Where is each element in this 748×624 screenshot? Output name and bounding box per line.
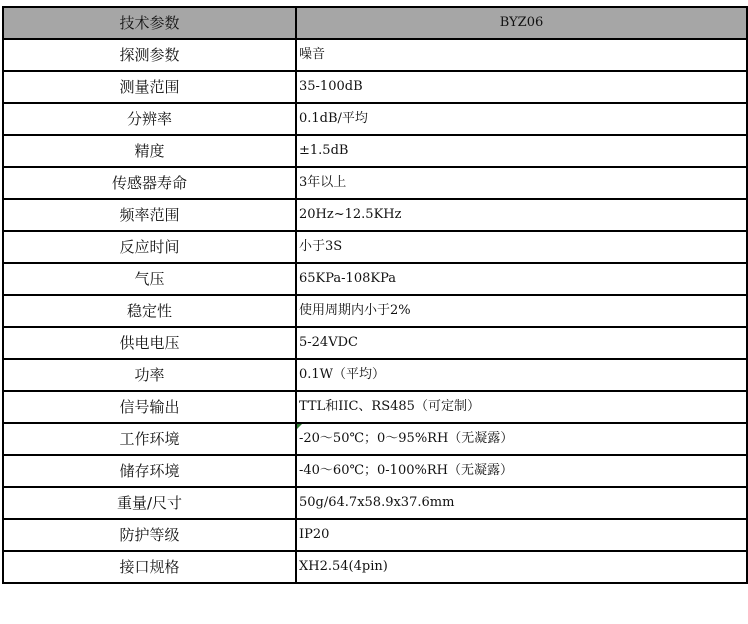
row-value: IP20: [296, 519, 747, 551]
table-row: 气压 65KPa-108KPa: [3, 263, 747, 295]
row-value: 65KPa-108KPa: [296, 263, 747, 295]
table-row: 重量/尺寸 50g/64.7x58.9x37.6mm: [3, 487, 747, 519]
comment-marker-icon: [297, 424, 302, 429]
table-row: 精度 ±1.5dB: [3, 135, 747, 167]
row-value: TTL和IIC、RS485（可定制）: [296, 391, 747, 423]
row-value: 0.1dB/平均: [296, 103, 747, 135]
row-label: 稳定性: [3, 295, 296, 327]
table-row: 信号输出 TTL和IIC、RS485（可定制）: [3, 391, 747, 423]
row-label: 信号输出: [3, 391, 296, 423]
row-value: -20～50℃；0～95%RH（无凝露）: [296, 423, 747, 455]
row-label: 反应时间: [3, 231, 296, 263]
row-label: 精度: [3, 135, 296, 167]
row-label: 防护等级: [3, 519, 296, 551]
header-model: BYZ06: [296, 7, 747, 39]
row-label: 供电电压: [3, 327, 296, 359]
row-value-text: -20～50℃；0～95%RH（无凝露）: [299, 431, 513, 446]
row-value: 5-24VDC: [296, 327, 747, 359]
row-label: 储存环境: [3, 455, 296, 487]
table-row: 探测参数 噪音: [3, 39, 747, 71]
row-value: 20Hz~12.5KHz: [296, 199, 747, 231]
table-row: 储存环境 -40～60℃；0-100%RH（无凝露）: [3, 455, 747, 487]
row-label: 接口规格: [3, 551, 296, 583]
header-param-label: 技术参数: [3, 7, 296, 39]
table-row: 接口规格 XH2.54(4pin): [3, 551, 747, 583]
row-label: 分辨率: [3, 103, 296, 135]
spec-table: 技术参数 BYZ06 探测参数 噪音 测量范围 35-100dB 分辨率 0.1…: [2, 6, 748, 584]
table-row: 功率 0.1W（平均）: [3, 359, 747, 391]
table-row: 频率范围 20Hz~12.5KHz: [3, 199, 747, 231]
row-value: 噪音: [296, 39, 747, 71]
row-value: 使用周期内小于2%: [296, 295, 747, 327]
row-value: 35-100dB: [296, 71, 747, 103]
row-value: 3年以上: [296, 167, 747, 199]
table-row: 传感器寿命 3年以上: [3, 167, 747, 199]
row-label: 重量/尺寸: [3, 487, 296, 519]
table-row: 反应时间 小于3S: [3, 231, 747, 263]
table-row: 稳定性 使用周期内小于2%: [3, 295, 747, 327]
row-value: XH2.54(4pin): [296, 551, 747, 583]
row-label: 传感器寿命: [3, 167, 296, 199]
row-label: 功率: [3, 359, 296, 391]
row-label: 测量范围: [3, 71, 296, 103]
row-value: 小于3S: [296, 231, 747, 263]
table-header-row: 技术参数 BYZ06: [3, 7, 747, 39]
row-value: -40～60℃；0-100%RH（无凝露）: [296, 455, 747, 487]
row-label: 探测参数: [3, 39, 296, 71]
table-row: 分辨率 0.1dB/平均: [3, 103, 747, 135]
table-row: 防护等级 IP20: [3, 519, 747, 551]
row-value: 0.1W（平均）: [296, 359, 747, 391]
table-row: 测量范围 35-100dB: [3, 71, 747, 103]
table-row: 工作环境 -20～50℃；0～95%RH（无凝露）: [3, 423, 747, 455]
row-label: 频率范围: [3, 199, 296, 231]
row-label: 气压: [3, 263, 296, 295]
row-value: 50g/64.7x58.9x37.6mm: [296, 487, 747, 519]
row-value: ±1.5dB: [296, 135, 747, 167]
row-label: 工作环境: [3, 423, 296, 455]
table-row: 供电电压 5-24VDC: [3, 327, 747, 359]
